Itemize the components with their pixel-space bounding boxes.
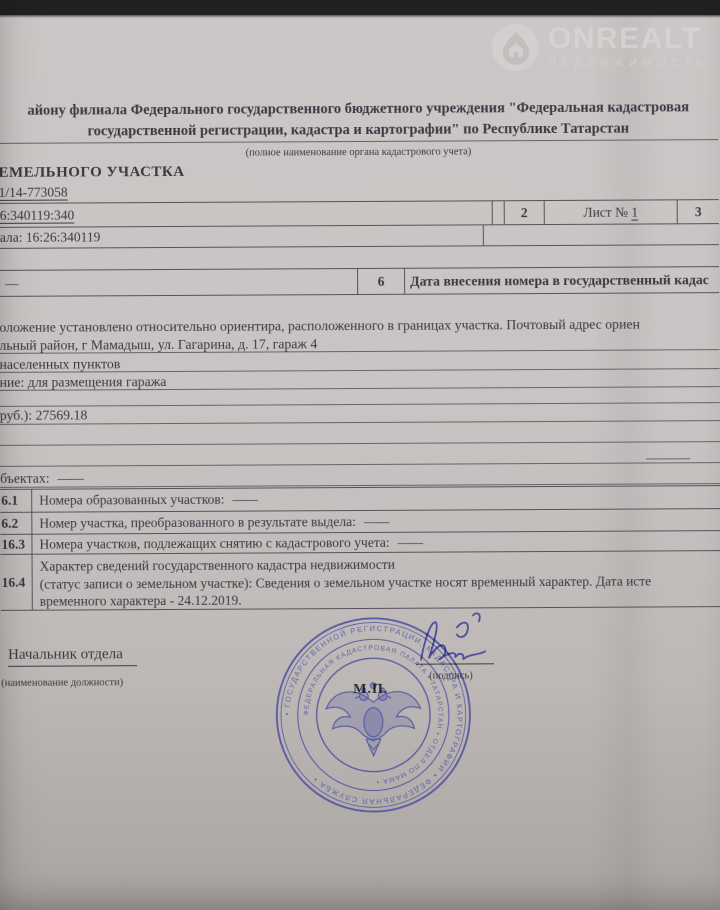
row-number: 16.3 xyxy=(0,535,32,554)
official-stamp: • ГОСУДАРСТВЕННОЙ РЕГИСТРАЦИИ, КАДАСТРА … xyxy=(268,609,479,820)
table-row-16-4: 16.4 Характер сведений государственного … xyxy=(1,551,720,611)
row-number: 6.2 xyxy=(0,513,32,534)
row-text: Номера образованных участков:—— xyxy=(32,486,720,512)
field-line xyxy=(0,441,720,446)
org-name-line2: государственной регистрации, кадастра и … xyxy=(0,120,718,141)
row-text: Номера участков, подлежащих снятию с кад… xyxy=(32,531,720,554)
document-title: ЕМЕЛЬНОГО УЧАСТКА xyxy=(0,164,185,182)
field-line xyxy=(0,462,720,467)
col-number-3: 3 xyxy=(677,200,719,223)
org-name-line1: айону филиала Федерального государственн… xyxy=(0,99,718,120)
position-caption: (наименование должности) xyxy=(1,677,123,689)
cadastral-document: айону филиала Федерального государственн… xyxy=(0,0,720,910)
row-date-entered: — 6 Дата внесения номера в государственн… xyxy=(0,266,719,297)
date-value-cell: — xyxy=(0,269,357,296)
row-16-4-line2: (статус записи о земельном участке): Све… xyxy=(40,572,720,593)
row-text: Характер сведений государственного кадас… xyxy=(33,551,720,610)
row-16-4-line3: временного характера - 24.12.2019. xyxy=(40,589,720,610)
row-number: 6.1 xyxy=(0,490,32,512)
date-label-cell: Дата внесения номера в государственный к… xyxy=(404,267,719,294)
org-name-caption: (полное наименование органа кадастрового… xyxy=(0,145,718,160)
row-cadastral-number: 6:340119:340 2 Лист № 1 3 xyxy=(0,199,719,228)
row-text: Номер участка, преобразованного в резуль… xyxy=(32,509,720,534)
quarter-empty-cell xyxy=(483,224,719,245)
sheet-cell: Лист № 1 xyxy=(544,200,677,224)
row-number: 16.4 xyxy=(1,555,33,610)
signer-position: Начальник отдела xyxy=(8,646,137,667)
field-line-short xyxy=(646,458,690,459)
row-cadastral-quarter: ала: 16:26:340119 xyxy=(0,224,719,249)
info-table-16: 6.1 Номера образованных участков:—— 6.2 … xyxy=(0,485,720,611)
col-number-6: 6 xyxy=(357,269,404,294)
location-line1: оложение установлено относительно ориент… xyxy=(0,316,719,336)
document-number: 1/14-773058 xyxy=(0,185,68,201)
col-number-2: 2 xyxy=(504,201,544,224)
eagle-emblem-icon xyxy=(326,683,421,757)
spacer-cell xyxy=(492,201,504,224)
document-photo: ONREALT НЕДВИЖИМОСТЬ айону филиала Федер… xyxy=(0,0,720,910)
quarter-cell: ала: 16:26:340119 xyxy=(0,225,483,248)
cadastral-number-cell: 6:340119:340 xyxy=(0,201,492,227)
